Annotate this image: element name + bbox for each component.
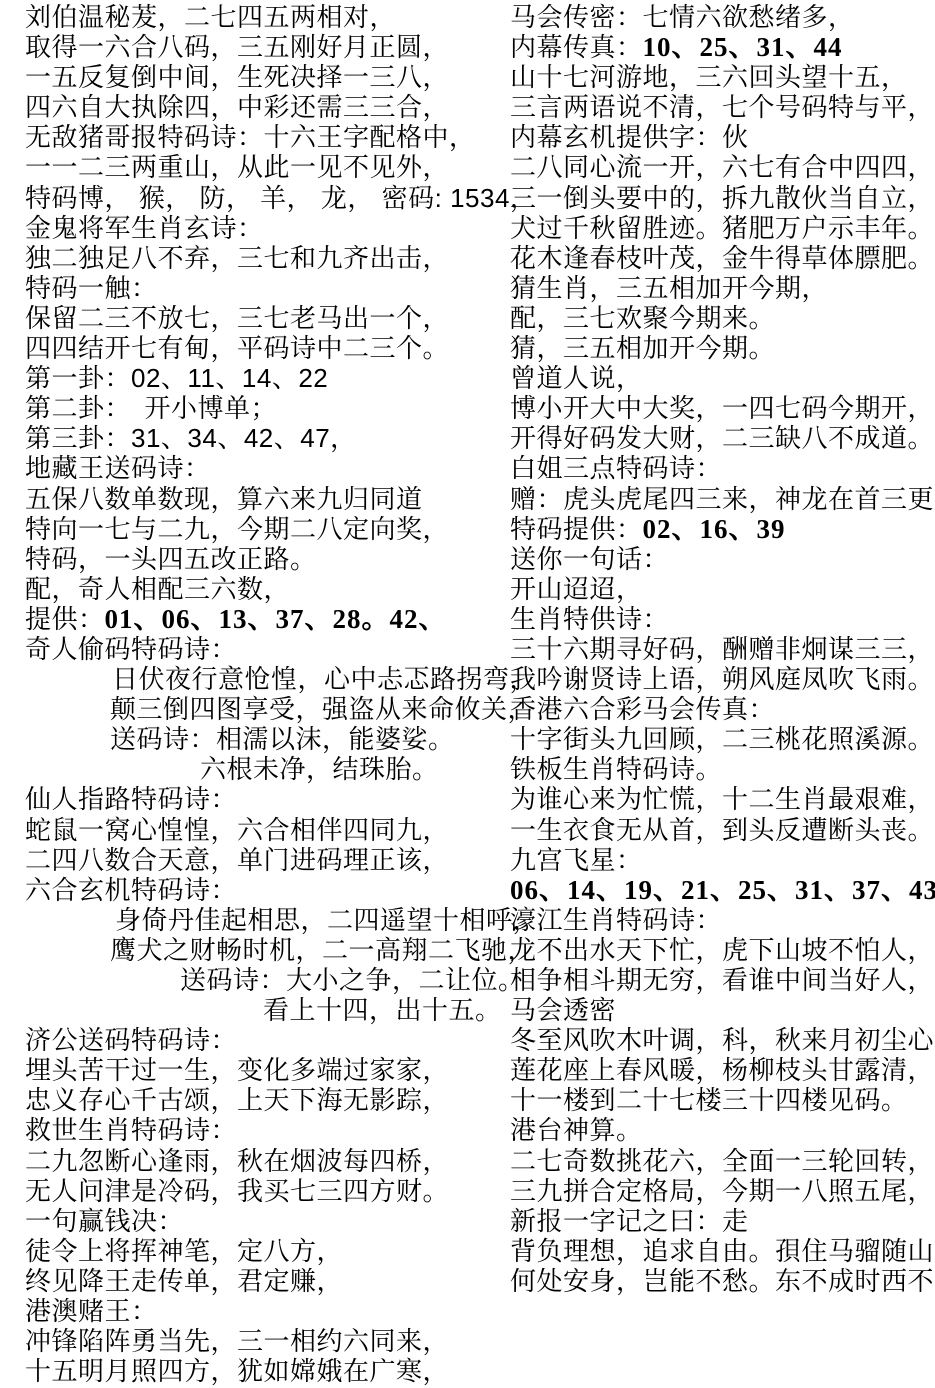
text-segment: 濠江生肖特码诗： xyxy=(510,905,722,935)
text-segment: 内幕传真： xyxy=(510,32,643,62)
text-segment: 鹰犬之财畅时机，二一高翔二飞驰， xyxy=(110,935,534,965)
text-line: 花木逢春枝叶茂，金牛得草体膘肥。 xyxy=(510,243,935,273)
text-line: 三言两语说不清，七个号码特与平， xyxy=(510,92,935,122)
text-segment: 猜生肖，三五相加开今期， xyxy=(510,273,828,303)
text-segment: 开山迢迢， xyxy=(510,574,643,604)
text-line: 濠江生肖特码诗： xyxy=(510,905,935,935)
text-line: 身倚丹佳起相思，二四遥望十相呼， xyxy=(25,905,493,935)
text-line: 四四结开七有甸，平码诗中二三个。 xyxy=(25,333,493,363)
text-segment: 白姐三点特码诗： xyxy=(510,453,722,483)
text-line: 独二独足八不弃，三七和九齐出击， xyxy=(25,243,493,273)
text-line: 内幕传真：10、25、31、44 xyxy=(510,32,935,62)
text-segment: 保留二三不放七，三七老马出一个， xyxy=(25,303,449,333)
text-line: 博小开大中大奖，一四七码今期开， xyxy=(510,393,935,423)
text-segment: 犬过千秋留胜迹。猪肥万户示丰年。 xyxy=(510,213,934,243)
text-line: 六根未净，结珠胎。 xyxy=(25,754,493,784)
text-line: 二四八数合天意，单门进码理正该， xyxy=(25,845,493,875)
text-segment: 四四结开七有甸，平码诗中二三个。 xyxy=(25,333,449,363)
bold-number-text: 06、14、19、21、25、31、37、43、47 xyxy=(510,875,935,905)
text-line: 六合玄机特码诗： xyxy=(25,875,493,905)
text-line: 相争相斗期无穷，看谁中间当好人， xyxy=(510,965,935,995)
text-line: 马会传密：七情六欲愁绪多， xyxy=(510,2,935,32)
text-line: 十一楼到二十七楼三十四楼见码。 xyxy=(510,1085,935,1115)
text-line: 何处安身，岂能不愁。东不成时西不就 xyxy=(510,1266,935,1296)
text-segment: 特码提供： xyxy=(510,514,643,544)
text-segment: 冲锋陷阵勇当先，三一相约六同来， xyxy=(25,1326,449,1356)
text-segment: 特向一七与二九，今期二八定向奖， xyxy=(25,514,449,544)
text-segment: 二四八数合天意，单门进码理正该， xyxy=(25,845,449,875)
text-segment: 配，三七欢聚今期来。 xyxy=(510,303,775,333)
text-line: 徒令上将挥神笔，定八方， xyxy=(25,1236,493,1266)
document-page: 刘伯温秘茇，二七四五两相对，取得一六合八码，三五刚好月正圆，一五反复倒中间，生死… xyxy=(0,0,935,1388)
text-segment: 赠：虎头虎尾四三来，神龙在首三更天， xyxy=(510,484,935,514)
text-segment: 莲花座上春风暖，杨柳枝头甘露清， xyxy=(510,1055,934,1085)
text-line: 配，三七欢聚今期来。 xyxy=(510,303,935,333)
text-line: 终见降王走传单，君定赚， xyxy=(25,1266,493,1296)
text-segment: 十一楼到二十七楼三十四楼见码。 xyxy=(510,1085,908,1115)
text-line: 冬至风吹木叶调，科，秋来月初尘心静， xyxy=(510,1025,935,1055)
text-line: 我吟谢贤诗上语，朔风庭凤吹飞雨。 xyxy=(510,664,935,694)
text-line: 曾道人说， xyxy=(510,363,935,393)
text-segment: 刘伯温秘茇，二七四五两相对， xyxy=(25,2,396,32)
text-line: 特码，一头四五改正路。 xyxy=(25,544,493,574)
text-line: 无人问津是冷码，我买七三四方财。 xyxy=(25,1176,493,1206)
text-segment: 铁板生肖特码诗。 xyxy=(510,754,722,784)
text-segment: 一五反复倒中间，生死决择一三八， xyxy=(25,62,449,92)
bold-number-text: 10、25、31、44 xyxy=(643,32,843,62)
text-line: 救世生肖特码诗： xyxy=(25,1115,493,1145)
text-segment: 二七奇数挑花六，全面一三轮回转， xyxy=(510,1146,934,1176)
text-segment: 何处安身，岂能不愁。东不成时西不就 xyxy=(510,1266,935,1296)
text-segment: 身倚丹佳起相思，二四遥望十相呼， xyxy=(115,905,539,935)
text-line: 二九忽断心逢雨，秋在烟波每四桥， xyxy=(25,1146,493,1176)
text-line: 无敌猪哥报特码诗：十六王字配格中， xyxy=(25,122,493,152)
text-segment: 马会传密：七情六欲愁绪多， xyxy=(510,2,855,32)
text-segment: 内幕玄机提供字：伙 xyxy=(510,122,749,152)
text-line: 送你一句话： xyxy=(510,544,935,574)
text-segment: 为谁心来为忙慌，十二生肖最艰难， xyxy=(510,784,934,814)
text-line: 龙不出水天下忙，虎下山坡不怕人， xyxy=(510,935,935,965)
text-line: 十字街头九回顾，二三桃花照溪源。 xyxy=(510,724,935,754)
text-segment: 奇人偷码特码诗： xyxy=(25,634,237,664)
text-segment: 一句赢钱决： xyxy=(25,1206,184,1236)
text-line: 埋头苦干过一生，变化多端过家家， xyxy=(25,1055,493,1085)
text-line: 特码博， 猴， 防， 羊， 龙， 密码: 1534， xyxy=(25,183,493,213)
text-segment: 颠三倒四图享受，强盗从来命攸关， xyxy=(110,694,534,724)
bold-number-text: 01、06、13、37、28。42、 xyxy=(105,604,447,634)
left-column: 刘伯温秘茇，二七四五两相对，取得一六合八码，三五刚好月正圆，一五反复倒中间，生死… xyxy=(25,2,493,1386)
text-line: 五保八数单数现，算六来九归同道 xyxy=(25,484,493,514)
text-segment: 第一卦：02、11、14、22 xyxy=(25,363,328,393)
text-line: 第一卦：02、11、14、22 xyxy=(25,363,493,393)
text-segment: 相争相斗期无穷，看谁中间当好人， xyxy=(510,965,934,995)
text-line: 九宫飞星： xyxy=(510,845,935,875)
text-line: 香港六合彩马会传真： xyxy=(510,694,935,724)
text-line: 白姐三点特码诗： xyxy=(510,453,935,483)
text-segment: 花木逢春枝叶茂，金牛得草体膘肥。 xyxy=(510,243,934,273)
text-segment: 独二独足八不弃，三七和九齐出击， xyxy=(25,243,449,273)
text-line: 奇人偷码特码诗： xyxy=(25,634,493,664)
text-segment: 第二卦： 开小博单； xyxy=(25,393,277,423)
text-line: 三一倒头要中的，拆九散伙当自立， xyxy=(510,183,935,213)
text-line: 提供：01、06、13、37、28。42、 xyxy=(25,604,493,634)
text-segment: 埋头苦干过一生，变化多端过家家， xyxy=(25,1055,449,1085)
text-segment: 无敌猪哥报特码诗：十六王字配格中， xyxy=(25,122,476,152)
text-line: 鹰犬之财畅时机，二一高翔二飞驰， xyxy=(25,935,493,965)
text-line: 一一二三两重山，从此一见不见外， xyxy=(25,152,493,182)
text-line: 地藏王送码诗： xyxy=(25,453,493,483)
text-segment: 五保八数单数现，算六来九归同道 xyxy=(25,484,423,514)
text-line: 一五反复倒中间，生死决择一三八， xyxy=(25,62,493,92)
text-segment: 三一倒头要中的，拆九散伙当自立， xyxy=(510,183,934,213)
text-segment: 香港六合彩马会传真： xyxy=(510,694,775,724)
text-segment: 一生衣食无从首，到头反遭断头丧。 xyxy=(510,815,934,845)
text-line: 二八同心流一开，六七有合中四四， xyxy=(510,152,935,182)
text-segment: 马会透密 xyxy=(510,995,616,1025)
text-line: 铁板生肖特码诗。 xyxy=(510,754,935,784)
text-segment: 蛇鼠一窝心惶惶，六合相伴四同九， xyxy=(25,815,449,845)
text-segment: 六根未净，结珠胎。 xyxy=(200,754,439,784)
text-line: 三十六期寻好码，酬赠非炯谋三三， xyxy=(510,634,935,664)
text-segment: 开得好码发大财，二三缺八不成道。 xyxy=(510,423,934,453)
text-segment: 猜，三五相加开今期。 xyxy=(510,333,775,363)
text-line: 送码诗：相濡以沫，能婆娑。 xyxy=(25,724,493,754)
bold-number-text: 02、16、39 xyxy=(643,514,786,544)
text-segment: 生肖特供诗： xyxy=(510,604,669,634)
text-segment: 背负理想，追求自由。孭住马骝随山走。 xyxy=(510,1236,935,1266)
text-segment: 看上十四，出十五。 xyxy=(263,995,502,1025)
text-segment: 十五明月照四方，犹如嫦娥在广寒， xyxy=(25,1356,449,1386)
text-segment: 送你一句话： xyxy=(510,544,669,574)
text-line: 港澳赌王： xyxy=(25,1296,493,1326)
text-line: 新报一字记之曰：走 xyxy=(510,1206,935,1236)
text-line: 开山迢迢， xyxy=(510,574,935,604)
text-segment: 三九拼合定格局，今期一八照五尾， xyxy=(510,1176,934,1206)
text-line: 配，奇人相配三六数， xyxy=(25,574,493,604)
text-segment: 六合玄机特码诗： xyxy=(25,875,237,905)
text-segment: 金鬼将军生肖玄诗： xyxy=(25,213,264,243)
text-segment: 地藏王送码诗： xyxy=(25,453,211,483)
text-segment: 曾道人说， xyxy=(510,363,643,393)
text-line: 马会透密 xyxy=(510,995,935,1025)
text-line: 赠：虎头虎尾四三来，神龙在首三更天， xyxy=(510,484,935,514)
text-line: 特码提供：02、16、39 xyxy=(510,514,935,544)
text-line: 第三卦：31、34、42、47， xyxy=(25,423,493,453)
text-line: 济公送码特码诗： xyxy=(25,1025,493,1055)
text-segment: 徒令上将挥神笔，定八方， xyxy=(25,1236,343,1266)
text-line: 内幕玄机提供字：伙 xyxy=(510,122,935,152)
text-segment: 特码，一头四五改正路。 xyxy=(25,544,317,574)
text-line: 蛇鼠一窝心惶惶，六合相伴四同九， xyxy=(25,815,493,845)
text-segment: 十字街头九回顾，二三桃花照溪源。 xyxy=(510,724,934,754)
text-segment: 港台神算。 xyxy=(510,1115,643,1145)
text-line: 犬过千秋留胜迹。猪肥万户示丰年。 xyxy=(510,213,935,243)
text-line: 冲锋陷阵勇当先，三一相约六同来， xyxy=(25,1326,493,1356)
right-column: 马会传密：七情六欲愁绪多，内幕传真：10、25、31、44山十七河游地，三六回头… xyxy=(510,2,935,1296)
text-segment: 送码诗：大小之争，二让位。 xyxy=(180,965,525,995)
text-segment: 山十七河游地，三六回头望十五， xyxy=(510,62,908,92)
text-segment: 日伏夜行意怆惶，心中忐忑路拐弯， xyxy=(112,664,536,694)
text-line: 金鬼将军生肖玄诗： xyxy=(25,213,493,243)
text-segment: 龙不出水天下忙，虎下山坡不怕人， xyxy=(510,935,934,965)
text-line: 06、14、19、21、25、31、37、43、47 xyxy=(510,875,935,905)
text-line: 三九拼合定格局，今期一八照五尾， xyxy=(510,1176,935,1206)
text-segment: 仙人指路特码诗： xyxy=(25,784,237,814)
text-segment: 一一二三两重山，从此一见不见外， xyxy=(25,152,449,182)
text-line: 特向一七与二九，今期二八定向奖， xyxy=(25,514,493,544)
text-line: 山十七河游地，三六回头望十五， xyxy=(510,62,935,92)
text-segment: 终见降王走传单，君定赚， xyxy=(25,1266,343,1296)
text-line: 第二卦： 开小博单； xyxy=(25,393,493,423)
text-segment: 特码博， 猴， 防， 羊， 龙， 密码: 1534， xyxy=(25,183,536,213)
text-segment: 二八同心流一开，六七有合中四四， xyxy=(510,152,934,182)
text-segment: 济公送码特码诗： xyxy=(25,1025,237,1055)
text-line: 颠三倒四图享受，强盗从来命攸关， xyxy=(25,694,493,724)
text-segment: 配，奇人相配三六数， xyxy=(25,574,290,604)
text-line: 一生衣食无从首，到头反遭断头丧。 xyxy=(510,815,935,845)
text-line: 猜，三五相加开今期。 xyxy=(510,333,935,363)
text-segment: 九宫飞星： xyxy=(510,845,643,875)
text-segment: 特码一触： xyxy=(25,273,158,303)
text-segment: 冬至风吹木叶调，科，秋来月初尘心静， xyxy=(510,1025,935,1055)
text-line: 港台神算。 xyxy=(510,1115,935,1145)
text-line: 看上十四，出十五。 xyxy=(25,995,493,1025)
text-line: 保留二三不放七，三七老马出一个， xyxy=(25,303,493,333)
text-line: 送码诗：大小之争，二让位。 xyxy=(25,965,493,995)
text-line: 四六自大执除四，中彩还需三三合， xyxy=(25,92,493,122)
text-line: 仙人指路特码诗： xyxy=(25,784,493,814)
text-segment: 三言两语说不清，七个号码特与平， xyxy=(510,92,934,122)
text-segment: 二九忽断心逢雨，秋在烟波每四桥， xyxy=(25,1146,449,1176)
text-line: 日伏夜行意怆惶，心中忐忑路拐弯， xyxy=(25,664,493,694)
text-segment: 博小开大中大奖，一四七码今期开， xyxy=(510,393,934,423)
text-line: 莲花座上春风暖，杨柳枝头甘露清， xyxy=(510,1055,935,1085)
text-segment: 取得一六合八码，三五刚好月正圆， xyxy=(25,32,449,62)
text-line: 忠义存心千古颂，上天下海无影踪， xyxy=(25,1085,493,1115)
text-segment: 港澳赌王： xyxy=(25,1296,158,1326)
text-segment: 无人问津是冷码，我买七三四方财。 xyxy=(25,1176,449,1206)
text-segment: 救世生肖特码诗： xyxy=(25,1115,237,1145)
text-segment: 新报一字记之曰：走 xyxy=(510,1206,749,1236)
text-segment: 三十六期寻好码，酬赠非炯谋三三， xyxy=(510,634,934,664)
text-line: 十五明月照四方，犹如嫦娥在广寒， xyxy=(25,1356,493,1386)
text-line: 二七奇数挑花六，全面一三轮回转， xyxy=(510,1146,935,1176)
text-segment: 第三卦：31、34、42、47， xyxy=(25,423,357,453)
text-line: 刘伯温秘茇，二七四五两相对， xyxy=(25,2,493,32)
text-line: 为谁心来为忙慌，十二生肖最艰难， xyxy=(510,784,935,814)
text-line: 取得一六合八码，三五刚好月正圆， xyxy=(25,32,493,62)
text-line: 特码一触： xyxy=(25,273,493,303)
text-segment: 四六自大执除四，中彩还需三三合， xyxy=(25,92,449,122)
text-line: 开得好码发大财，二三缺八不成道。 xyxy=(510,423,935,453)
text-line: 生肖特供诗： xyxy=(510,604,935,634)
text-segment: 提供： xyxy=(25,604,105,634)
text-line: 背负理想，追求自由。孭住马骝随山走。 xyxy=(510,1236,935,1266)
text-segment: 我吟谢贤诗上语，朔风庭凤吹飞雨。 xyxy=(510,664,934,694)
text-segment: 忠义存心千古颂，上天下海无影踪， xyxy=(25,1085,449,1115)
text-line: 猜生肖，三五相加开今期， xyxy=(510,273,935,303)
text-line: 一句赢钱决： xyxy=(25,1206,493,1236)
text-segment: 送码诗：相濡以沫，能婆娑。 xyxy=(110,724,455,754)
